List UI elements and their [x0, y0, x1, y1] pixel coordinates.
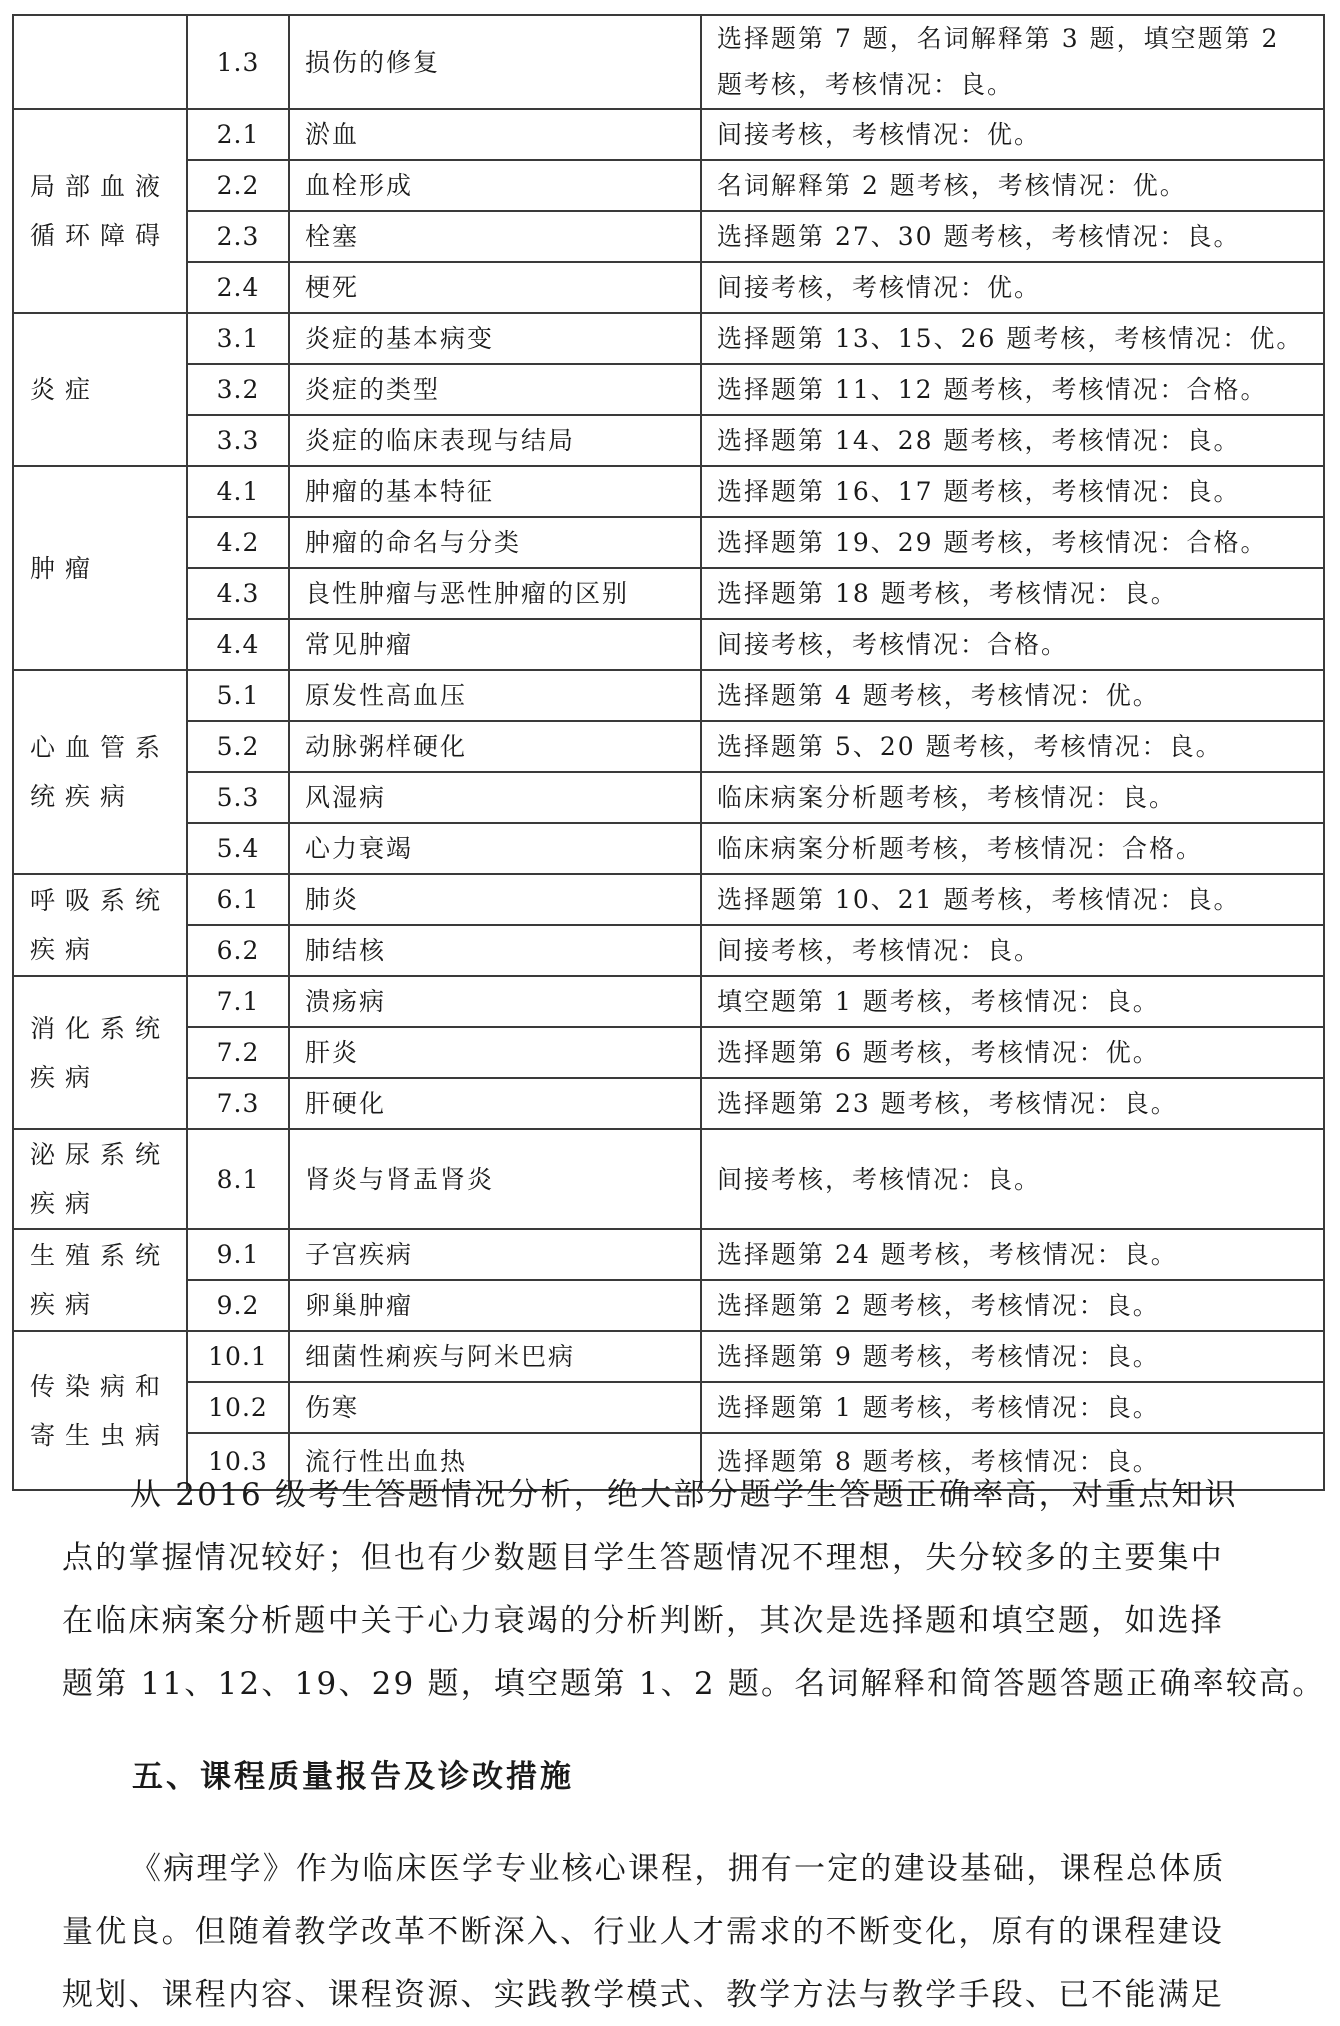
topic-cell: 子宫疾病	[289, 1229, 701, 1280]
item-number: 5.1	[187, 670, 289, 721]
assessment-cell: 选择题第 2 题考核，考核情况：良。	[701, 1280, 1324, 1331]
paragraph-line: 点的掌握情况较好；但也有少数题目学生答题情况不理想，失分较多的主要集中	[62, 1527, 1272, 1590]
item-number: 7.1	[187, 976, 289, 1027]
topic-cell: 原发性高血压	[289, 670, 701, 721]
item-number: 4.1	[187, 466, 289, 517]
assessment-cell: 选择题第 11、12 题考核，考核情况：合格。	[701, 364, 1324, 415]
table-row: 肿瘤 4.1 肿瘤的基本特征 选择题第 16、17 题考核，考核情况：良。	[13, 466, 1324, 517]
item-number: 9.1	[187, 1229, 289, 1280]
table-row: 7.2 肝炎 选择题第 6 题考核，考核情况：优。	[13, 1027, 1324, 1078]
table-row: 2.4 梗死 间接考核，考核情况：优。	[13, 262, 1324, 313]
table-row: 4.3 良性肿瘤与恶性肿瘤的区别 选择题第 18 题考核，考核情况：良。	[13, 568, 1324, 619]
item-number: 4.3	[187, 568, 289, 619]
assessment-cell: 名词解释第 2 题考核，考核情况：优。	[701, 160, 1324, 211]
item-number: 10.1	[187, 1331, 289, 1382]
assessment-cell: 选择题第 23 题考核，考核情况：良。	[701, 1078, 1324, 1129]
topic-cell: 常见肿瘤	[289, 619, 701, 670]
topic-cell: 溃疡病	[289, 976, 701, 1027]
topic-cell: 肿瘤的命名与分类	[289, 517, 701, 568]
table-row: 5.2 动脉粥样硬化 选择题第 5、20 题考核，考核情况：良。	[13, 721, 1324, 772]
table-row: 3.3 炎症的临床表现与结局 选择题第 14、28 题考核，考核情况：良。	[13, 415, 1324, 466]
item-number: 7.2	[187, 1027, 289, 1078]
topic-cell: 伤寒	[289, 1382, 701, 1433]
table-row: 6.2 肺结核 间接考核，考核情况：良。	[13, 925, 1324, 976]
paragraph-line: 规划、课程内容、课程资源、实践教学模式、教学方法与教学手段、已不能满足	[62, 1964, 1272, 2026]
table-row: 生殖系统疾病 9.1 子宫疾病 选择题第 24 题考核，考核情况：良。	[13, 1229, 1324, 1280]
assessment-cell: 选择题第 27、30 题考核，考核情况：良。	[701, 211, 1324, 262]
table-row: 心血管系统疾病 5.1 原发性高血压 选择题第 4 题考核，考核情况：优。	[13, 670, 1324, 721]
item-number: 1.3	[187, 15, 289, 109]
table-row: 5.3 风湿病 临床病案分析题考核，考核情况：良。	[13, 772, 1324, 823]
category-cell: 泌尿系统疾病	[13, 1129, 187, 1229]
category-cell	[13, 15, 187, 109]
item-number: 10.2	[187, 1382, 289, 1433]
item-number: 4.2	[187, 517, 289, 568]
assessment-cell: 选择题第 19、29 题考核，考核情况：合格。	[701, 517, 1324, 568]
category-cell: 消化系统疾病	[13, 976, 187, 1129]
table-row: 传染病和寄生虫病 10.1 细菌性痢疾与阿米巴病 选择题第 9 题考核，考核情况…	[13, 1331, 1324, 1382]
assessment-cell: 选择题第 9 题考核，考核情况：良。	[701, 1331, 1324, 1382]
assessment-table: 1.3 损伤的修复 选择题第 7 题，名词解释第 3 题，填空题第 2 题考核，…	[12, 14, 1325, 1491]
topic-cell: 心力衰竭	[289, 823, 701, 874]
table-row: 局部血液循环障碍 2.1 淤血 间接考核，考核情况：优。	[13, 109, 1324, 160]
topic-cell: 肺结核	[289, 925, 701, 976]
item-number: 2.1	[187, 109, 289, 160]
topic-cell: 淤血	[289, 109, 701, 160]
item-number: 7.3	[187, 1078, 289, 1129]
item-number: 4.4	[187, 619, 289, 670]
document-page: 1.3 损伤的修复 选择题第 7 题，名词解释第 3 题，填空题第 2 题考核，…	[0, 0, 1340, 2026]
table-row: 9.2 卵巢肿瘤 选择题第 2 题考核，考核情况：良。	[13, 1280, 1324, 1331]
topic-cell: 肝硬化	[289, 1078, 701, 1129]
paragraph-line: 从 2016 级考生答题情况分析，绝大部分题学生答题正确率高，对重点知识	[62, 1464, 1272, 1527]
table-row: 消化系统疾病 7.1 溃疡病 填空题第 1 题考核，考核情况：良。	[13, 976, 1324, 1027]
analysis-paragraph: 从 2016 级考生答题情况分析，绝大部分题学生答题正确率高，对重点知识 点的掌…	[62, 1464, 1272, 1716]
item-number: 3.2	[187, 364, 289, 415]
assessment-cell: 选择题第 24 题考核，考核情况：良。	[701, 1229, 1324, 1280]
category-cell: 肿瘤	[13, 466, 187, 670]
item-number: 6.2	[187, 925, 289, 976]
paragraph-line: 量优良。但随着教学改革不断深入、行业人才需求的不断变化，原有的课程建设	[62, 1901, 1272, 1964]
assessment-cell: 填空题第 1 题考核，考核情况：良。	[701, 976, 1324, 1027]
topic-cell: 血栓形成	[289, 160, 701, 211]
assessment-cell: 选择题第 10、21 题考核，考核情况：良。	[701, 874, 1324, 925]
assessment-cell: 选择题第 14、28 题考核，考核情况：良。	[701, 415, 1324, 466]
table-row: 4.4 常见肿瘤 间接考核，考核情况：合格。	[13, 619, 1324, 670]
table-row: 4.2 肿瘤的命名与分类 选择题第 19、29 题考核，考核情况：合格。	[13, 517, 1324, 568]
category-cell: 心血管系统疾病	[13, 670, 187, 874]
topic-cell: 炎症的临床表现与结局	[289, 415, 701, 466]
item-number: 9.2	[187, 1280, 289, 1331]
assessment-cell: 选择题第 4 题考核，考核情况：优。	[701, 670, 1324, 721]
table-row: 2.2 血栓形成 名词解释第 2 题考核，考核情况：优。	[13, 160, 1324, 211]
assessment-cell: 选择题第 6 题考核，考核情况：优。	[701, 1027, 1324, 1078]
item-number: 3.1	[187, 313, 289, 364]
assessment-cell: 间接考核，考核情况：优。	[701, 262, 1324, 313]
table-row: 3.2 炎症的类型 选择题第 11、12 题考核，考核情况：合格。	[13, 364, 1324, 415]
table-row: 5.4 心力衰竭 临床病案分析题考核，考核情况：合格。	[13, 823, 1324, 874]
table-row: 7.3 肝硬化 选择题第 23 题考核，考核情况：良。	[13, 1078, 1324, 1129]
item-number: 8.1	[187, 1129, 289, 1229]
assessment-cell: 选择题第 16、17 题考核，考核情况：良。	[701, 466, 1324, 517]
table-row: 炎症 3.1 炎症的基本病变 选择题第 13、15、26 题考核，考核情况：优。	[13, 313, 1324, 364]
table-row: 10.2 伤寒 选择题第 1 题考核，考核情况：良。	[13, 1382, 1324, 1433]
topic-cell: 肝炎	[289, 1027, 701, 1078]
topic-cell: 肿瘤的基本特征	[289, 466, 701, 517]
topic-cell: 肾炎与肾盂肾炎	[289, 1129, 701, 1229]
assessment-cell: 间接考核，考核情况：良。	[701, 1129, 1324, 1229]
assessment-cell: 选择题第 18 题考核，考核情况：良。	[701, 568, 1324, 619]
topic-cell: 梗死	[289, 262, 701, 313]
table-row: 1.3 损伤的修复 选择题第 7 题，名词解释第 3 题，填空题第 2 题考核，…	[13, 15, 1324, 109]
assessment-cell: 间接考核，考核情况：良。	[701, 925, 1324, 976]
item-number: 6.1	[187, 874, 289, 925]
paragraph-line: 《病理学》作为临床医学专业核心课程，拥有一定的建设基础，课程总体质	[62, 1838, 1272, 1901]
table-row: 呼吸系统疾病 6.1 肺炎 选择题第 10、21 题考核，考核情况：良。	[13, 874, 1324, 925]
assessment-cell: 选择题第 7 题，名词解释第 3 题，填空题第 2 题考核，考核情况：良。	[701, 15, 1324, 109]
topic-cell: 风湿病	[289, 772, 701, 823]
item-number: 5.3	[187, 772, 289, 823]
category-cell: 呼吸系统疾病	[13, 874, 187, 976]
topic-cell: 良性肿瘤与恶性肿瘤的区别	[289, 568, 701, 619]
category-cell: 生殖系统疾病	[13, 1229, 187, 1331]
assessment-cell: 临床病案分析题考核，考核情况：良。	[701, 772, 1324, 823]
topic-cell: 栓塞	[289, 211, 701, 262]
category-cell: 局部血液循环障碍	[13, 109, 187, 313]
item-number: 2.3	[187, 211, 289, 262]
topic-cell: 细菌性痢疾与阿米巴病	[289, 1331, 701, 1382]
section-heading: 五、课程质量报告及诊改措施	[132, 1751, 574, 1796]
table-row: 泌尿系统疾病 8.1 肾炎与肾盂肾炎 间接考核，考核情况：良。	[13, 1129, 1324, 1229]
assessment-cell: 间接考核，考核情况：合格。	[701, 619, 1324, 670]
item-number: 5.4	[187, 823, 289, 874]
assessment-cell: 选择题第 13、15、26 题考核，考核情况：优。	[701, 313, 1324, 364]
topic-cell: 炎症的基本病变	[289, 313, 701, 364]
topic-cell: 动脉粥样硬化	[289, 721, 701, 772]
item-number: 5.2	[187, 721, 289, 772]
assessment-cell: 选择题第 1 题考核，考核情况：良。	[701, 1382, 1324, 1433]
assessment-cell: 选择题第 5、20 题考核，考核情况：良。	[701, 721, 1324, 772]
topic-cell: 损伤的修复	[289, 15, 701, 109]
topic-cell: 肺炎	[289, 874, 701, 925]
item-number: 3.3	[187, 415, 289, 466]
item-number: 2.4	[187, 262, 289, 313]
assessment-cell: 临床病案分析题考核，考核情况：合格。	[701, 823, 1324, 874]
paragraph-line: 题第 11、12、19、29 题，填空题第 1、2 题。名词解释和简答题答题正确…	[62, 1653, 1272, 1716]
category-cell: 炎症	[13, 313, 187, 466]
quality-paragraph: 《病理学》作为临床医学专业核心课程，拥有一定的建设基础，课程总体质 量优良。但随…	[62, 1838, 1272, 2026]
table-row: 2.3 栓塞 选择题第 27、30 题考核，考核情况：良。	[13, 211, 1324, 262]
topic-cell: 卵巢肿瘤	[289, 1280, 701, 1331]
paragraph-line: 在临床病案分析题中关于心力衰竭的分析判断，其次是选择题和填空题，如选择	[62, 1590, 1272, 1653]
item-number: 2.2	[187, 160, 289, 211]
assessment-cell: 间接考核，考核情况：优。	[701, 109, 1324, 160]
topic-cell: 炎症的类型	[289, 364, 701, 415]
